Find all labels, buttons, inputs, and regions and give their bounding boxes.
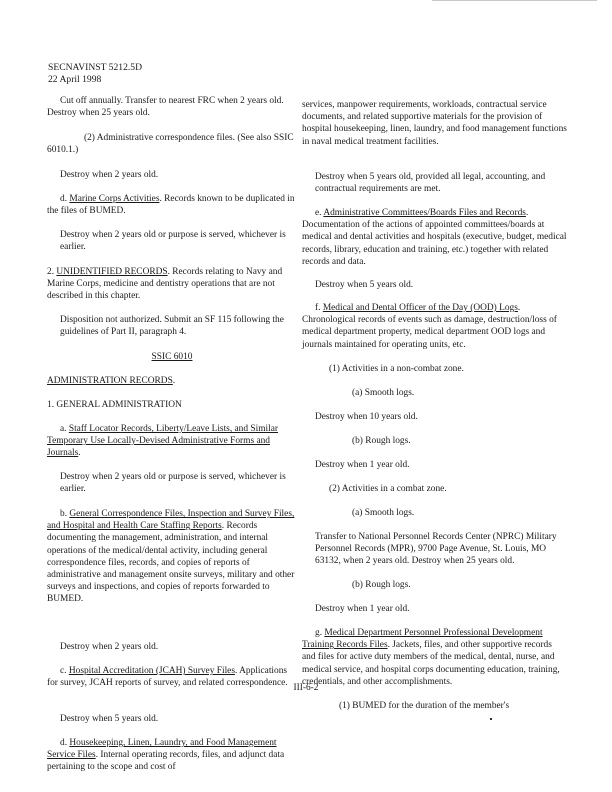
section-heading: Medical and Dental Officer of the Day (O… <box>323 303 518 313</box>
paragraph-cutoff: Cut off annually. Transfer to nearest FR… <box>47 95 297 119</box>
paragraph-destroy: Destroy when 5 years old. <box>302 279 567 291</box>
paragraph-housekeeping: d. Housekeeping, Linen, Laundry, and Foo… <box>47 737 297 774</box>
paragraph-destroy: Destroy when 2 years old. <box>47 169 297 181</box>
paragraph-admin-committees: e. Administrative Committees/Boards File… <box>302 207 567 268</box>
paragraph-staff-locator: a. Staff Locator Records, Liberty/Leave … <box>47 423 297 460</box>
subitem-rough-logs: (b) Rough logs. <box>302 579 567 591</box>
section-heading: Staff Locator Records, Liberty/Leave Lis… <box>47 424 278 458</box>
subitem-combat: (2) Activities in a combat zone. <box>302 483 567 495</box>
paragraph-destroy: Destroy when 2 years old or purpose is s… <box>47 471 297 495</box>
document-header: SECNAVINST 5212.5D 22 April 1998 <box>48 62 142 86</box>
general-administration-heading: 1. GENERAL ADMINISTRATION <box>47 399 297 411</box>
page-number: III-6-2 <box>0 683 612 693</box>
paragraph-destroy: Destroy when 2 years old or purpose is s… <box>47 229 297 253</box>
paragraph-marine-corps: d. Marine Corps Activities. Records know… <box>47 193 297 217</box>
scan-speck <box>490 718 492 720</box>
paragraph-unidentified-records: 2. UNIDENTIFIED RECORDS. Records relatin… <box>47 266 297 303</box>
document-id: SECNAVINST 5212.5D <box>48 62 142 74</box>
ssic-heading: SSIC 6010 <box>47 351 297 363</box>
paragraph-services: services, manpower requirements, workloa… <box>302 99 567 148</box>
paragraph-admin-correspondence: (2) Administrative correspondence files.… <box>47 132 297 156</box>
paragraph-personnel-training: g. Medical Department Personnel Professi… <box>302 627 567 688</box>
section-heading: Marine Corps Activities <box>69 194 159 204</box>
paragraph-destroy: Destroy when 2 years old. <box>47 641 297 653</box>
subitem-non-combat: (1) Activities in a non-combat zone. <box>302 363 567 375</box>
paragraph-disposition: Disposition not authorized. Submit an SF… <box>47 314 297 338</box>
paragraph-general-correspondence: b. General Correspondence Files, Inspect… <box>47 508 297 606</box>
section-heading: Hospital Accreditation (JCAH) Survey Fil… <box>69 666 235 676</box>
paragraph-destroy: Destroy when 10 years old. <box>302 411 567 423</box>
subitem-smooth-logs: (a) Smooth logs. <box>302 507 567 519</box>
paragraph-destroy: Destroy when 5 years old. <box>47 713 297 725</box>
subitem-bumed-duration: (1) BUMED for the duration of the member… <box>302 700 567 712</box>
administration-records-heading: ADMINISTRATION RECORDS. <box>47 375 297 387</box>
scan-artifact-line <box>432 0 597 1</box>
paragraph-transfer-nprc: Transfer to National Personnel Records C… <box>302 531 567 568</box>
paragraph-ood-logs: f. Medical and Dental Officer of the Day… <box>302 302 567 351</box>
section-heading: UNIDENTIFIED RECORDS <box>56 267 167 277</box>
section-heading: Administrative Committees/Boards Files a… <box>323 208 526 218</box>
subitem-smooth-logs: (a) Smooth logs. <box>302 387 567 399</box>
section-heading: General Correspondence Files, Inspection… <box>47 509 294 531</box>
subitem-rough-logs: (b) Rough logs. <box>302 435 567 447</box>
document-date: 22 April 1998 <box>48 74 142 86</box>
paragraph-destroy: Destroy when 5 years old, provided all l… <box>302 171 567 195</box>
paragraph-destroy: Destroy when 1 year old. <box>302 603 567 615</box>
paragraph-destroy: Destroy when 1 year old. <box>302 459 567 471</box>
